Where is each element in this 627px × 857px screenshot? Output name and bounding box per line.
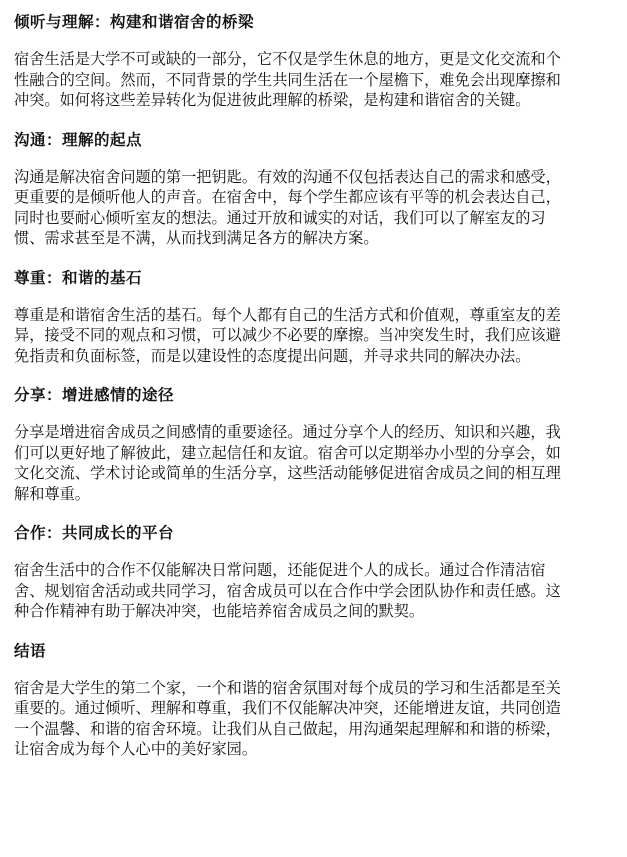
section-respect: 尊重：和谐的基石 尊重是和谐宿舍生活的基石。每个人都有自己的生活方式和价值观，尊… [14, 268, 613, 367]
section-sharing: 分享：增进感情的途径 分享是增进宿舍成员之间感情的重要途径。通过分享个人的经历、… [14, 385, 613, 504]
section-cooperation: 合作：共同成长的平台 宿舍生活中的合作不仅能解决日常问题，还能促进个人的成长。通… [14, 523, 613, 622]
section-paragraph: 分享是增进宿舍成员之间感情的重要途径。通过分享个人的经历、知识和兴趣，我们可以更… [14, 422, 574, 504]
section-heading: 结语 [14, 641, 613, 661]
section-heading: 倾听与理解：构建和谐宿舍的桥梁 [14, 12, 613, 32]
section-paragraph: 沟通是解决宿舍问题的第一把钥匙。有效的沟通不仅包括表达自己的需求和感受，更重要的… [14, 167, 574, 249]
section-paragraph: 宿舍生活中的合作不仅能解决日常问题，还能促进个人的成长。通过合作清洁宿舍、规划宿… [14, 560, 574, 622]
section-heading: 沟通：理解的起点 [14, 130, 613, 150]
section-intro: 倾听与理解：构建和谐宿舍的桥梁 宿舍生活是大学不可或缺的一部分，它不仅是学生休息… [14, 12, 613, 111]
section-conclusion: 结语 宿舍是大学生的第二个家，一个和谐的宿舍氛围对每个成员的学习和生活都是至关重… [14, 641, 613, 760]
document: 倾听与理解：构建和谐宿舍的桥梁 宿舍生活是大学不可或缺的一部分，它不仅是学生休息… [0, 0, 627, 760]
section-communication: 沟通：理解的起点 沟通是解决宿舍问题的第一把钥匙。有效的沟通不仅包括表达自己的需… [14, 130, 613, 249]
section-heading: 尊重：和谐的基石 [14, 268, 613, 288]
section-paragraph: 宿舍是大学生的第二个家，一个和谐的宿舍氛围对每个成员的学习和生活都是至关重要的。… [14, 678, 574, 760]
section-heading: 合作：共同成长的平台 [14, 523, 613, 543]
section-paragraph: 宿舍生活是大学不可或缺的一部分，它不仅是学生休息的地方，更是文化交流和个性融合的… [14, 49, 574, 111]
section-paragraph: 尊重是和谐宿舍生活的基石。每个人都有自己的生活方式和价值观，尊重室友的差异，接受… [14, 305, 574, 367]
section-heading: 分享：增进感情的途径 [14, 385, 613, 405]
